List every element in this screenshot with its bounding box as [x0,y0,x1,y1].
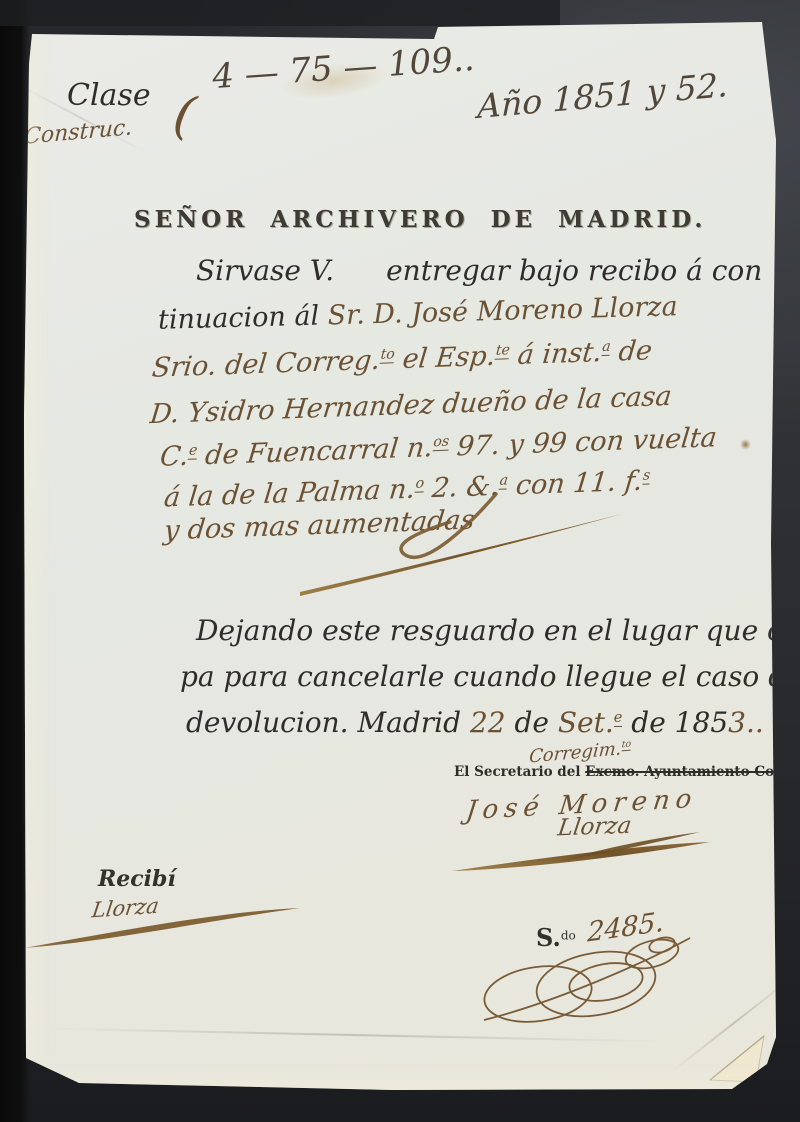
document-page: 4 — 75 — 109.. Clase ( Construc. Año 185… [24,22,777,1091]
rubric-flourish [476,930,706,1030]
salutation-text: Sirvase V. [196,254,334,287]
text-fragment: tinuacion ál [158,300,328,335]
text-fragment: 97. y 99 con vuelta [447,422,719,463]
text-fragment: á inst. [508,337,604,371]
text-fragment: C. [159,441,191,473]
closing-line: Dejando este resguardo en el lugar que o… [196,614,800,647]
text-fragment: to [621,738,631,751]
body-line: tinuacion ál Sr. D. José Moreno Llorza [158,291,678,336]
text-fragment: de [506,706,558,739]
opening-rest-text: entregar bajo recibo á con [386,254,762,287]
text-fragment: de 185 [622,706,728,739]
text-fragment: devolucion. Madrid [186,706,470,739]
folded-corner [702,1024,774,1088]
text-fragment: Srio. del Correg. [151,345,382,384]
foxing-spot [740,439,751,450]
text-fragment: Set. [558,706,614,739]
text-fragment: El Secretario del [454,764,585,780]
text-fragment: de [609,335,654,368]
text-fragment: el Esp. [393,341,497,376]
text-fragment: Excmo. Ayuntamiento Constitucional. [585,764,800,780]
opening-line: Sirvase V.entregar bajo recibo á con [196,254,762,287]
signature-wide-stroke [450,840,714,874]
body-line: D. Ysidro Hernandez dueño de la casa [149,381,674,430]
clase-value: Construc. [24,115,133,150]
closing-line: pa para cancelarle cuando llegue el caso… [180,660,800,693]
text-fragment: de Fuencarral n. [195,432,434,471]
body-line: Srio. del Correg.to el Esp.te á inst.a d… [151,335,654,384]
scan-top-shadow [0,0,560,26]
scan-background: 4 — 75 — 109.. Clase ( Construc. Año 185… [0,0,800,1122]
receipt-flourish-stroke [24,900,304,952]
text-fragment: D. Ysidro Hernandez dueño de la casa [149,381,674,430]
clase-label: Clase [67,78,151,113]
text-fragment: Sr. D. José Moreno Llorza [327,291,678,331]
office-line: El Secretario del Excmo. Ayuntamiento Co… [454,764,800,780]
clase-bracket-mark: ( [169,85,199,148]
receipt-label: Recibí [98,866,176,892]
ink-flourish-main [296,510,626,600]
text-fragment: 3.. [728,706,764,739]
closing-date-line: devolucion. Madrid 22 de Set.e de 1853.. [186,706,764,739]
year-note: Año 1851 y 52. [477,65,728,126]
text-fragment: 22 [470,706,506,739]
page-title: SEÑOR ARCHIVERO DE MADRID. [134,206,694,233]
text-fragment: s [642,467,651,484]
text-fragment: con 11. f. [506,466,644,502]
